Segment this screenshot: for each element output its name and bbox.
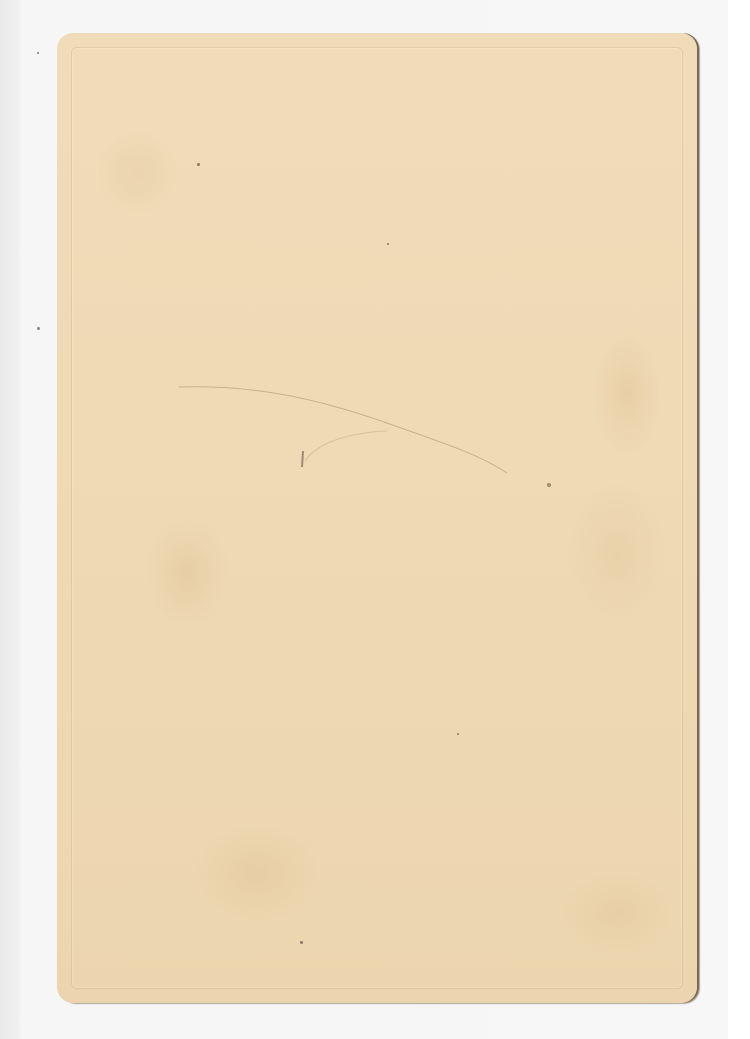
embossed-border	[71, 47, 683, 989]
speck	[387, 243, 389, 245]
scan-dust	[37, 327, 40, 330]
speck	[457, 733, 459, 735]
speck	[300, 941, 303, 944]
scan-dust	[37, 52, 39, 54]
scanner-edge-strip	[728, 0, 750, 1039]
speck	[197, 163, 200, 166]
speck	[547, 483, 551, 487]
cabinet-card-back	[57, 33, 697, 1003]
